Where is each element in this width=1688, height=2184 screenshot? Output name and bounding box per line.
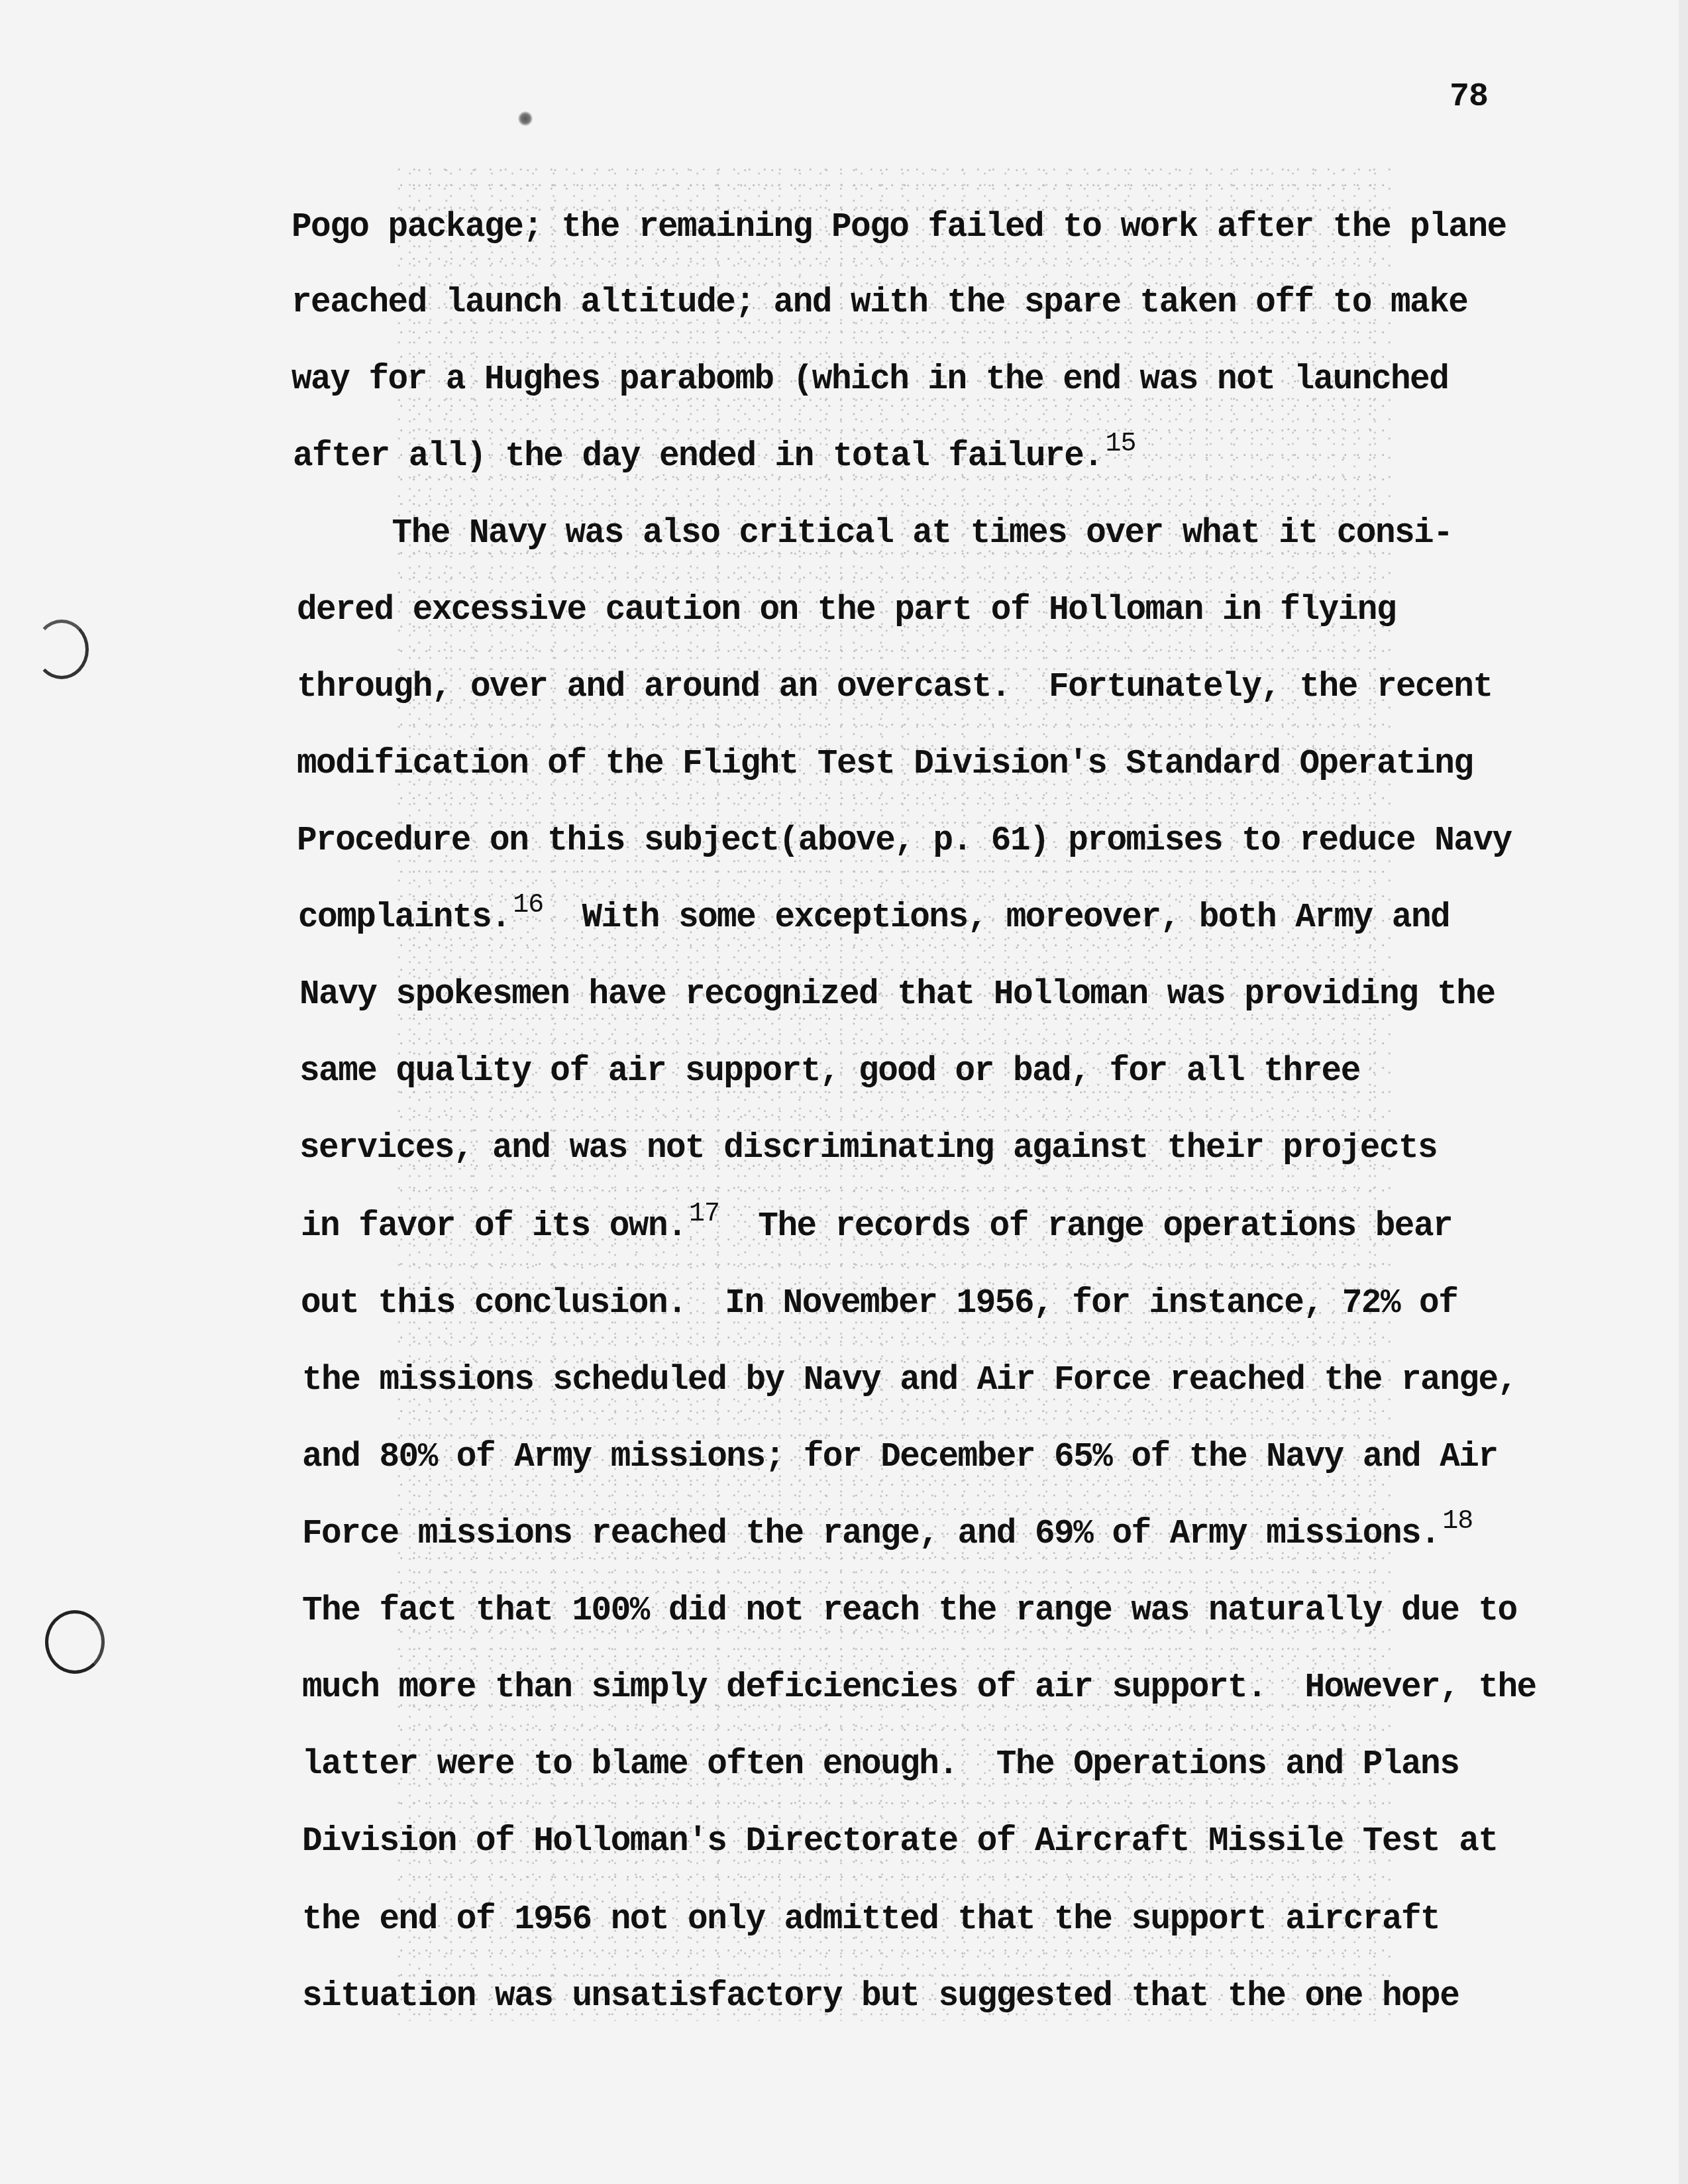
line-text: modification of the Flight Test Division… — [297, 745, 1473, 783]
text-line: The Navy was also critical at times over… — [295, 517, 1452, 551]
line-text: the missions scheduled by Navy and Air F… — [302, 1362, 1517, 1399]
line-text: The Navy was also critical at times over… — [295, 515, 1452, 553]
footnote-marker[interactable]: 16 — [513, 891, 543, 920]
line-text: latter were to blame often enough. The O… — [302, 1746, 1459, 1784]
punch-hole-icon — [45, 1610, 105, 1674]
text-line: complaints.16 With some exceptions, more… — [298, 901, 1450, 935]
document-page: 78 Pogo package; the remaining Pogo fail… — [0, 0, 1688, 2184]
line-text: Procedure on this subject(above, p. 61) … — [297, 822, 1512, 860]
line-text: Pogo package; the remaining Pogo failed … — [291, 209, 1506, 246]
text-line: latter were to blame often enough. The O… — [302, 1748, 1459, 1782]
page-number: 78 — [1450, 78, 1488, 116]
footnote-marker[interactable]: 18 — [1442, 1507, 1473, 1537]
line-text: the end of 1956 not only admitted that t… — [302, 1901, 1440, 1939]
line-text: dered excessive caution on the part of H… — [297, 592, 1396, 629]
text-line: Pogo package; the remaining Pogo failed … — [291, 211, 1506, 245]
line-text: services, and was not discriminating aga… — [299, 1130, 1437, 1168]
text-line: situation was unsatisfactory but suggest… — [302, 1980, 1459, 2014]
text-line: and 80% of Army missions; for December 6… — [302, 1441, 1498, 1474]
text-line: modification of the Flight Test Division… — [297, 747, 1473, 781]
line-text: complaints. — [298, 899, 510, 937]
line-text: in favor of its own. — [301, 1208, 686, 1246]
text-line: after all) the day ended in total failur… — [293, 440, 1135, 474]
footnote-marker[interactable]: 15 — [1105, 429, 1135, 459]
text-line: services, and was not discriminating aga… — [299, 1132, 1437, 1166]
line-text: The fact that 100% did not reach the ran… — [302, 1592, 1517, 1630]
line-text: same quality of air support, good or bad… — [299, 1053, 1360, 1091]
line-text: through, over and around an overcast. Fo… — [297, 669, 1493, 706]
line-text: Navy spokesmen have recognized that Holl… — [299, 976, 1495, 1014]
text-line: through, over and around an overcast. Fo… — [297, 671, 1493, 704]
punch-hole-icon — [34, 620, 89, 679]
text-line: way for a Hughes parabomb (which in the … — [291, 363, 1448, 397]
page-edge-shadow — [1679, 0, 1688, 2184]
ink-smudge — [518, 111, 533, 126]
line-text: after all) the day ended in total failur… — [293, 438, 1102, 476]
text-line: dered excessive caution on the part of H… — [297, 594, 1396, 628]
line-text: out this conclusion. In November 1956, f… — [301, 1285, 1457, 1323]
line-text: way for a Hughes parabomb (which in the … — [291, 361, 1448, 399]
text-line: same quality of air support, good or bad… — [299, 1055, 1360, 1089]
text-line: Division of Holloman's Directorate of Ai… — [302, 1825, 1498, 1859]
line-text: With some exceptions, moreover, both Arm… — [543, 899, 1450, 937]
line-text: reached launch altitude; and with the sp… — [291, 284, 1467, 322]
text-line: The fact that 100% did not reach the ran… — [302, 1594, 1517, 1628]
line-text: and 80% of Army missions; for December 6… — [302, 1439, 1498, 1476]
text-line: Force missions reached the range, and 69… — [302, 1517, 1473, 1551]
text-line: Procedure on this subject(above, p. 61) … — [297, 824, 1512, 858]
text-line: reached launch altitude; and with the sp… — [291, 286, 1467, 320]
text-line: in favor of its own.17 The records of ra… — [301, 1210, 1452, 1244]
text-line: the missions scheduled by Navy and Air F… — [302, 1364, 1517, 1397]
line-text: The records of range operations bear — [719, 1208, 1452, 1246]
text-line: out this conclusion. In November 1956, f… — [301, 1287, 1457, 1321]
line-text: Force missions reached the range, and 69… — [302, 1515, 1440, 1553]
footnote-marker[interactable]: 17 — [689, 1199, 719, 1229]
line-text: Division of Holloman's Directorate of Ai… — [302, 1823, 1498, 1861]
text-line: the end of 1956 not only admitted that t… — [302, 1903, 1440, 1937]
text-line: much more than simply deficiencies of ai… — [302, 1671, 1536, 1705]
line-text: situation was unsatisfactory but suggest… — [302, 1978, 1459, 2016]
line-text: much more than simply deficiencies of ai… — [302, 1669, 1536, 1707]
text-line: Navy spokesmen have recognized that Holl… — [299, 978, 1495, 1012]
